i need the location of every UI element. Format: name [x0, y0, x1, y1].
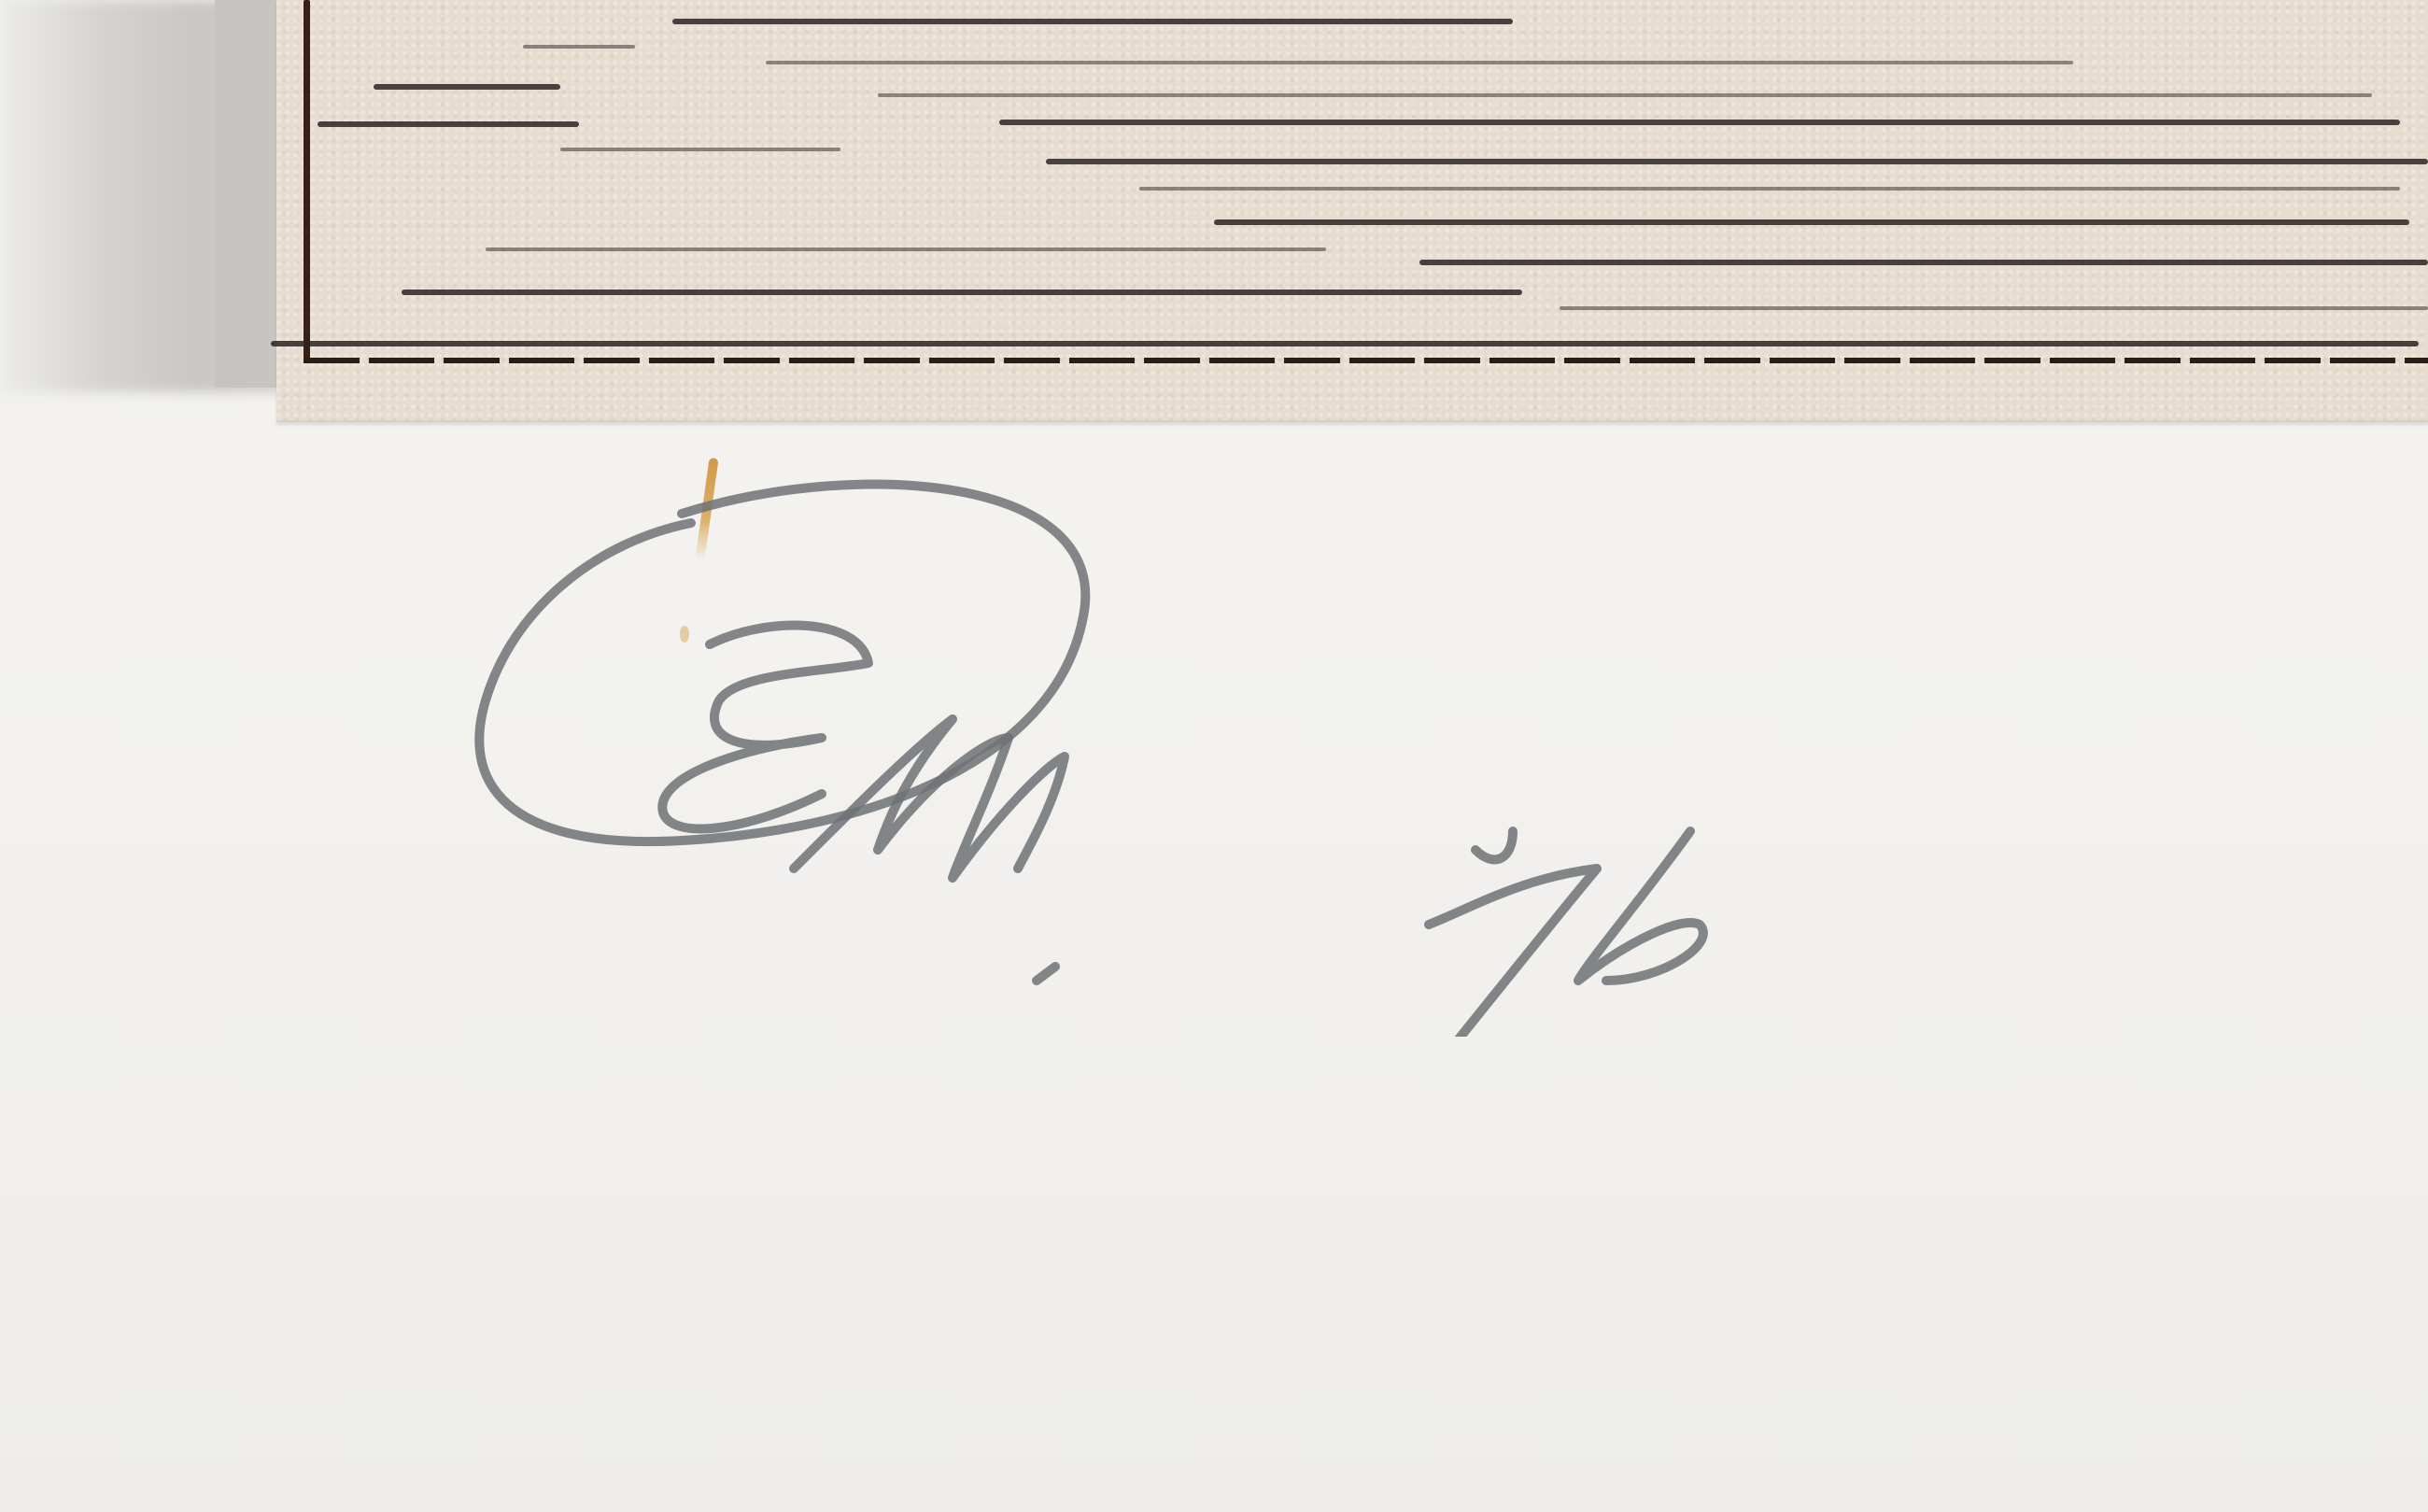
- hatch-line: [878, 93, 2372, 97]
- hatch-line: [402, 290, 1522, 295]
- hatch-line: [1419, 260, 2428, 265]
- signature-strokes: [467, 458, 2110, 1037]
- hatch-line: [999, 120, 2400, 125]
- hatch-line: [486, 247, 1326, 251]
- pencil-signature: Em. '76: [467, 458, 2110, 1037]
- hatch-line: [1214, 219, 2409, 225]
- hatch-line: [318, 121, 579, 127]
- hatch-line: [271, 341, 2419, 346]
- etched-hatching: [486, 9, 2428, 355]
- hatch-line: [523, 45, 635, 49]
- hatch-line: [766, 61, 2073, 64]
- hatch-line: [560, 148, 840, 151]
- hatch-line: [374, 84, 560, 90]
- plate-border-bottom: [303, 358, 2428, 363]
- hatch-line: [1560, 306, 2428, 310]
- hatch-line: [1139, 187, 2400, 191]
- hatch-line: [672, 19, 1513, 24]
- plate-border-left: [303, 0, 310, 362]
- mount-shadow-edge: [215, 0, 280, 388]
- hatch-line: [1046, 159, 2428, 164]
